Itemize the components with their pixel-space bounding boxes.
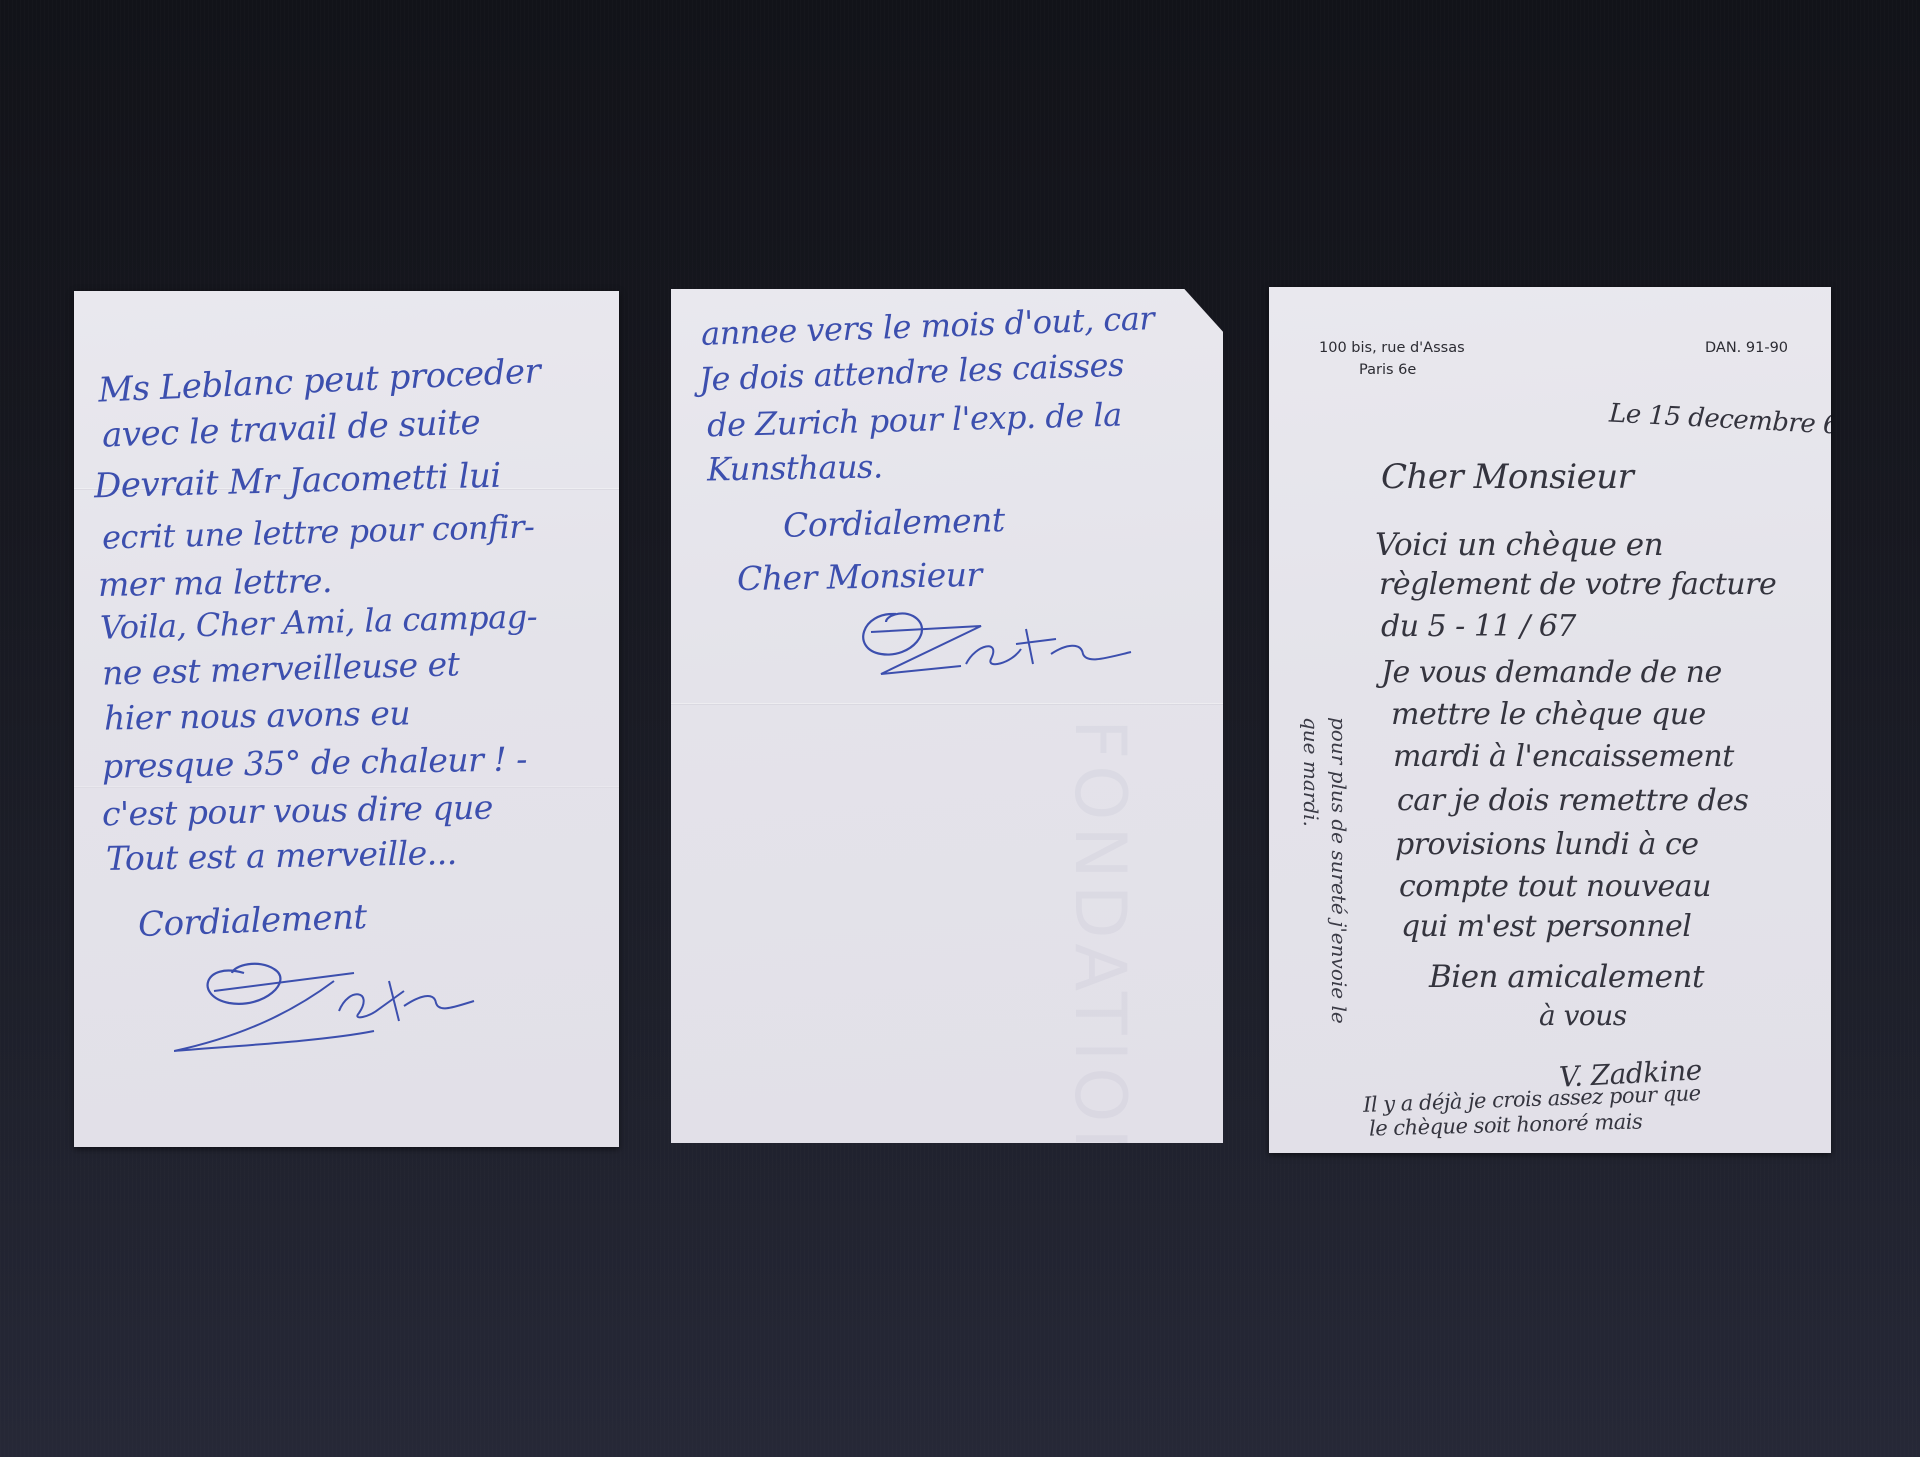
letter-closing: Cordialement xyxy=(137,897,367,945)
letter-line: règlement de votre facture xyxy=(1379,567,1776,602)
letter-line: presque 35° de chaleur ! - xyxy=(102,739,527,785)
letter-line: avec le travail de suite xyxy=(101,402,480,455)
letter-line: qui m'est personnel xyxy=(1401,909,1691,944)
margin-note-vertical: pour plus de sureté j'envoie le que mard… xyxy=(1297,717,1353,1024)
signature-icon xyxy=(174,951,514,1061)
letter-closing: à vous xyxy=(1539,999,1627,1032)
letter-line: Voici un chèque en xyxy=(1375,527,1663,563)
letter-line: provisions lundi à ce xyxy=(1395,827,1699,862)
letter-sheet-left: Ms Leblanc peut proceder avec le travail… xyxy=(74,291,619,1147)
letter-line: Voila, Cher Ami, la campag- xyxy=(100,597,538,646)
letter-line: Tout est a merveille... xyxy=(106,833,457,878)
letter-sheet-middle: FONDATION annee vers le mois d'out, car … xyxy=(671,289,1223,1143)
letter-line: Je dois attendre les caisses xyxy=(698,346,1124,399)
letter-line: ecrit une lettre pour confir- xyxy=(102,507,535,556)
letterhead-phone: DAN. 91-90 xyxy=(1705,340,1788,356)
letter-line: Devrait Mr Jacometti lui xyxy=(94,456,502,507)
letter-line: Je vous demande de ne xyxy=(1381,655,1722,690)
letter-line: compte tout nouveau xyxy=(1399,869,1711,904)
letter-line: de Zurich pour l'exp. de la xyxy=(707,396,1123,445)
letter-line: ne est merveilleuse et xyxy=(102,644,460,692)
letter-line: annee vers le mois d'out, car xyxy=(700,299,1154,353)
letter-date: Le 15 decembre 67 xyxy=(1608,399,1831,442)
letter-line: c'est pour vous dire que xyxy=(102,788,493,834)
letter-line: car je dois remettre des xyxy=(1397,783,1748,818)
show-through-letterhead: FONDATION xyxy=(1059,719,1141,1143)
letter-closing: Bien amicalement xyxy=(1429,959,1704,995)
letter-salutation: Cher Monsieur xyxy=(737,555,982,598)
letter-closing: Cordialement xyxy=(783,500,1006,545)
letterhead-address: 100 bis, rue d'Assas xyxy=(1319,340,1465,356)
paper-fold-line xyxy=(671,703,1223,705)
signature-icon xyxy=(851,604,1161,684)
letterhead-city: Paris 6e xyxy=(1359,362,1416,378)
margin-note-line: pour plus de sureté j'envoie le xyxy=(1325,717,1353,1024)
letter-line: mardi à l'encaissement xyxy=(1393,739,1734,774)
letter-salutation: Cher Monsieur xyxy=(1381,457,1633,497)
letter-line: Kunsthaus. xyxy=(707,447,883,488)
letter-line: mettre le chèque que xyxy=(1391,697,1706,732)
margin-note-line: que mardi. xyxy=(1297,717,1325,1024)
letter-sheet-right: 100 bis, rue d'Assas Paris 6e DAN. 91-90… xyxy=(1269,287,1831,1153)
letter-line: mer ma lettre. xyxy=(98,561,333,604)
letter-line: hier nous avons eu xyxy=(104,693,411,737)
paper-fold-line xyxy=(74,786,619,788)
letter-line: du 5 - 11 / 67 xyxy=(1381,609,1576,644)
